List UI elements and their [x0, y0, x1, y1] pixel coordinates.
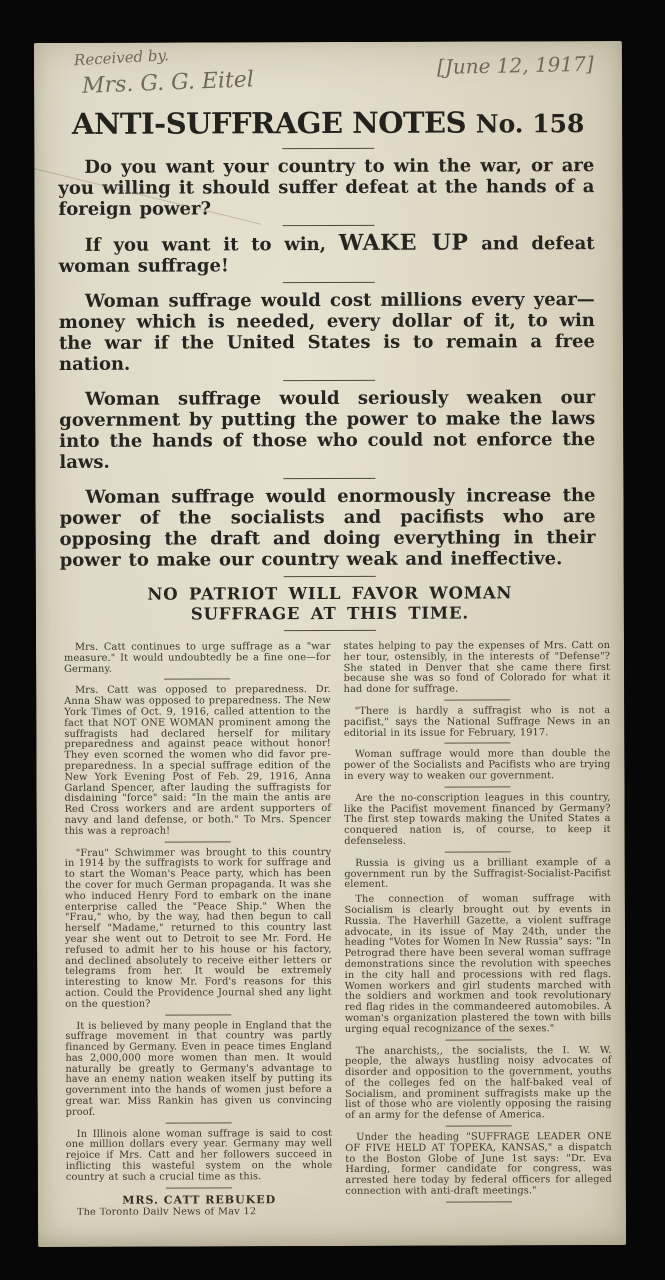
slogan-pre: If you want it to win,	[85, 234, 339, 256]
left-column: Mrs. Catt continues to urge suffrage as …	[64, 642, 332, 1215]
divider-rule	[284, 630, 376, 631]
pamphlet-page: Received by. Mrs. G. G. Eitel [June 12, …	[34, 41, 626, 1247]
cutoff-line-wrapper: The Toronto Daily News of May 12	[66, 1207, 333, 1215]
handwritten-date: [June 12, 1917]	[437, 52, 594, 79]
body-paragraph: "There is hardly a suffragist who is not…	[344, 706, 611, 739]
lead-weaken-paragraph: Woman suffrage would seriously weaken ou…	[59, 387, 595, 473]
column-divider	[444, 851, 510, 852]
pamphlet-title: ANTI-SUFFRAGE NOTES	[72, 106, 466, 141]
body-paragraph: Under the heading "SUFFRAGE LEADER ONE O…	[345, 1132, 612, 1198]
body-paragraph: Mrs. Catt was opposed to preparedness. D…	[64, 685, 331, 837]
body-paragraph: It is believed by many people in England…	[65, 1020, 332, 1118]
lead-slogan: If you want it to win, WAKE UP and defea…	[59, 232, 595, 277]
column-divider	[166, 1122, 232, 1123]
handwritten-received-by: Received by.	[74, 46, 170, 69]
divider-rule	[283, 225, 375, 226]
body-paragraph: Russia is giving us a brilliant example …	[344, 858, 611, 891]
column-divider	[166, 1014, 232, 1015]
column-divider	[165, 841, 231, 842]
divider-rule	[284, 576, 376, 577]
column-divider	[445, 1039, 511, 1040]
slogan-emphasis: WAKE UP	[339, 230, 469, 256]
divider-rule	[283, 380, 375, 381]
column-divider	[446, 1201, 512, 1202]
body-paragraph: The anarchists,, the socialists, the I. …	[345, 1046, 612, 1123]
body-paragraph: In Illinois alone woman suffrage is said…	[66, 1129, 333, 1184]
column-divider	[444, 786, 510, 787]
body-paragraph: states helping to pay the expenses of Mr…	[343, 641, 610, 696]
issue-number: No. 158	[476, 109, 585, 138]
body-paragraph-cutoff: The Toronto Daily News of May 12	[66, 1207, 333, 1215]
handwritten-recipient-name: Mrs. G. G. Eitel	[82, 67, 255, 99]
body-paragraph: Are the no-conscription leagues in this …	[344, 793, 611, 848]
body-paragraph: Mrs. Catt continues to urge suffrage as …	[64, 642, 331, 675]
banner-headline: NO PATRIOT WILL FAVOR WOMAN SUFFRAGE AT …	[92, 583, 568, 625]
body-paragraph: The connection of woman suffrage with So…	[344, 894, 611, 1035]
body-columns: Mrs. Catt continues to urge suffrage as …	[36, 637, 626, 1215]
lead-socialists-paragraph: Woman suffrage would enormously increase…	[59, 485, 595, 571]
column-divider	[445, 1125, 511, 1126]
masthead-title: ANTI-SUFFRAGE NOTES No. 158	[34, 105, 622, 143]
lead-cost-paragraph: Woman suffrage would cost millions every…	[59, 289, 595, 375]
column-divider	[444, 699, 510, 700]
column-divider	[164, 679, 230, 680]
body-paragraph: Woman suffrage would more than double th…	[344, 749, 611, 782]
column-subheading: MRS. CATT REBUKED	[66, 1194, 333, 1207]
lead-question: Do you want your country to win the war,…	[58, 155, 594, 220]
divider-rule	[283, 478, 375, 479]
column-divider	[166, 1187, 232, 1188]
handwritten-notes: Received by. Mrs. G. G. Eitel [June 12, …	[34, 41, 622, 107]
body-paragraph: "Frau" Schwimmer was brought to this cou…	[65, 848, 332, 1011]
divider-rule	[283, 282, 375, 283]
divider-rule	[282, 148, 374, 149]
right-column: states helping to pay the expenses of Mr…	[343, 641, 611, 1214]
column-divider	[444, 743, 510, 744]
